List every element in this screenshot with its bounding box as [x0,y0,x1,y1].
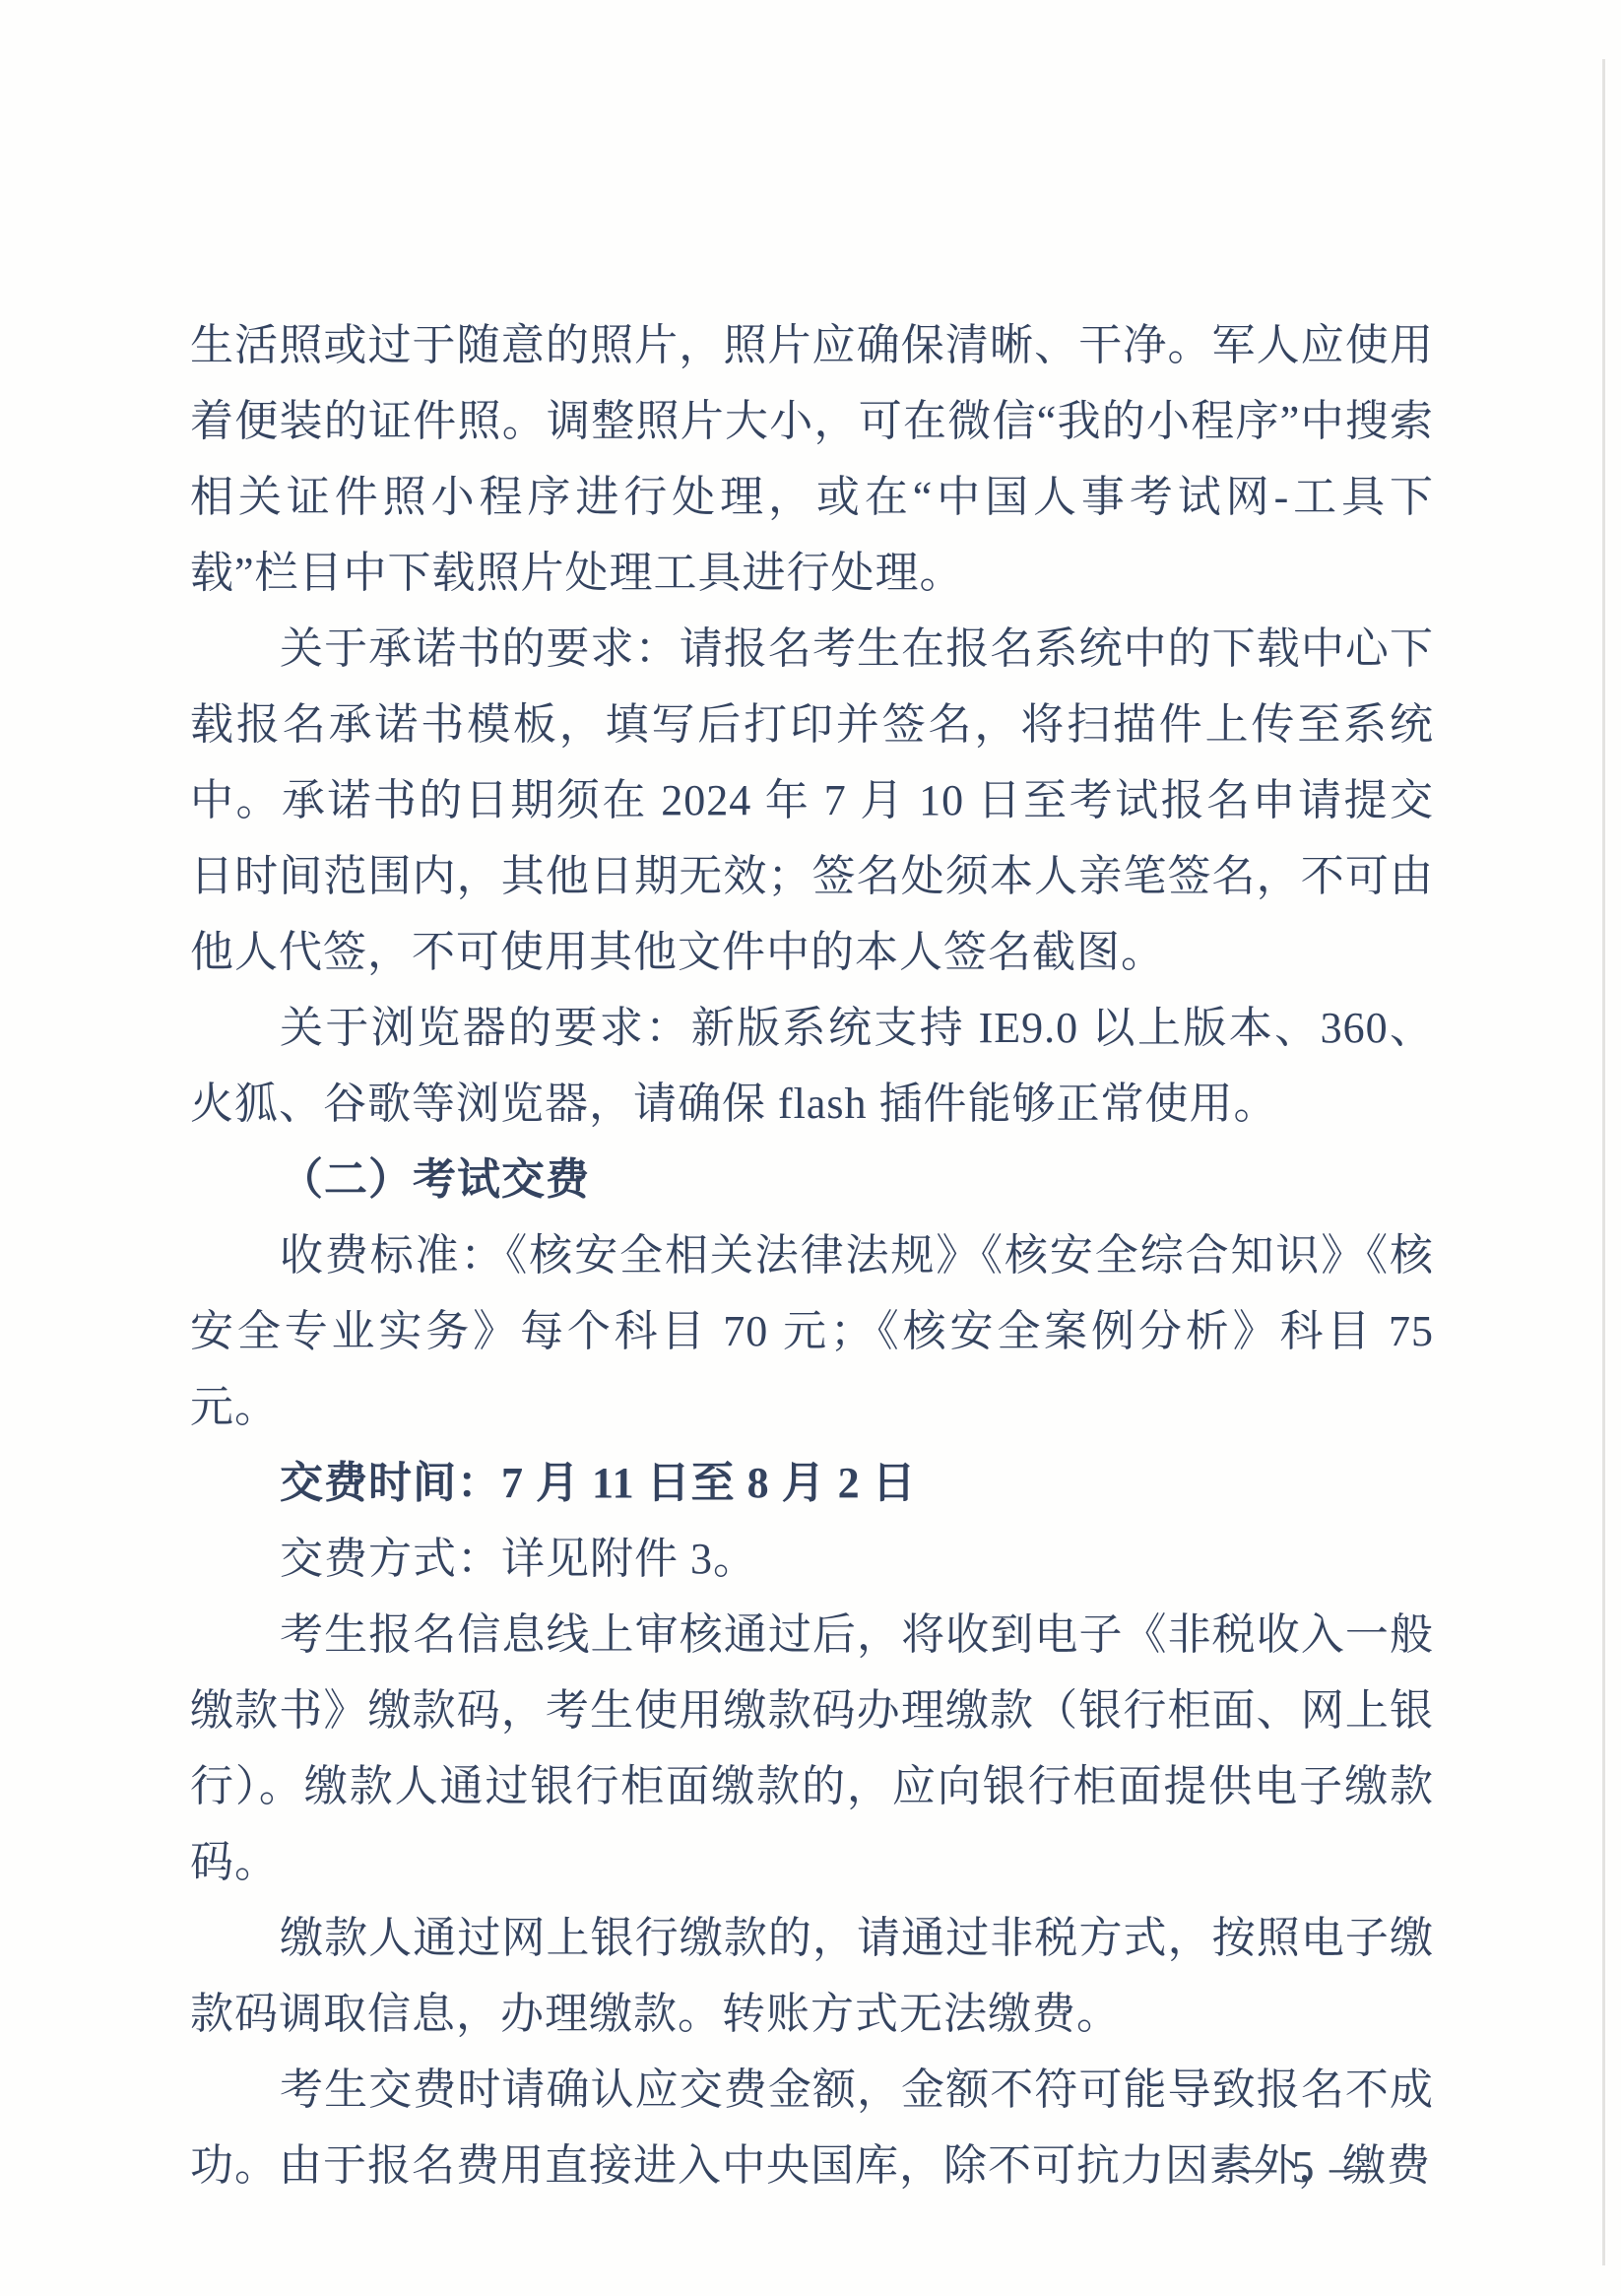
section-heading-exam-payment: （二）考试交费 [190,1142,1434,1217]
paragraph-payment-method: 交费方式：详见附件 3。 [190,1521,1434,1597]
paragraph-browser-requirements: 关于浏览器的要求：新版系统支持 IE9.0 以上版本、360、火狐、谷歌等浏览器… [190,990,1434,1142]
scan-artifact-line [1602,59,1605,2265]
paragraph-online-bank-payment: 缴款人通过网上银行缴款的，请通过非税方式，按照电子缴款码调取信息，办理缴款。转账… [190,1900,1434,2052]
paragraph-payment-time: 交费时间：7 月 11 日至 8 月 2 日 [190,1445,1434,1521]
page-number: — 5 — [1231,2137,1377,2197]
document-page: 生活照或过于随意的照片，照片应确保清晰、干净。军人应使用着便装的证件照。调整照片… [0,0,1621,2296]
paragraph-photo-requirements: 生活照或过于随意的照片，照片应确保清晰、干净。军人应使用着便装的证件照。调整照片… [190,307,1434,611]
document-body: 生活照或过于随意的照片，照片应确保清晰、干净。军人应使用着便装的证件照。调整照片… [190,307,1434,2203]
paragraph-payment-code: 考生报名信息线上审核通过后，将收到电子《非税收入一般缴款书》缴款码，考生使用缴款… [190,1597,1434,1900]
paragraph-fee-standard: 收费标准：《核安全相关法律法规》《核安全综合知识》《核安全专业实务》每个科目 7… [190,1217,1434,1445]
paragraph-commitment-letter-requirements: 关于承诺书的要求：请报名考生在报名系统中的下载中心下载报名承诺书模板，填写后打印… [190,611,1434,990]
